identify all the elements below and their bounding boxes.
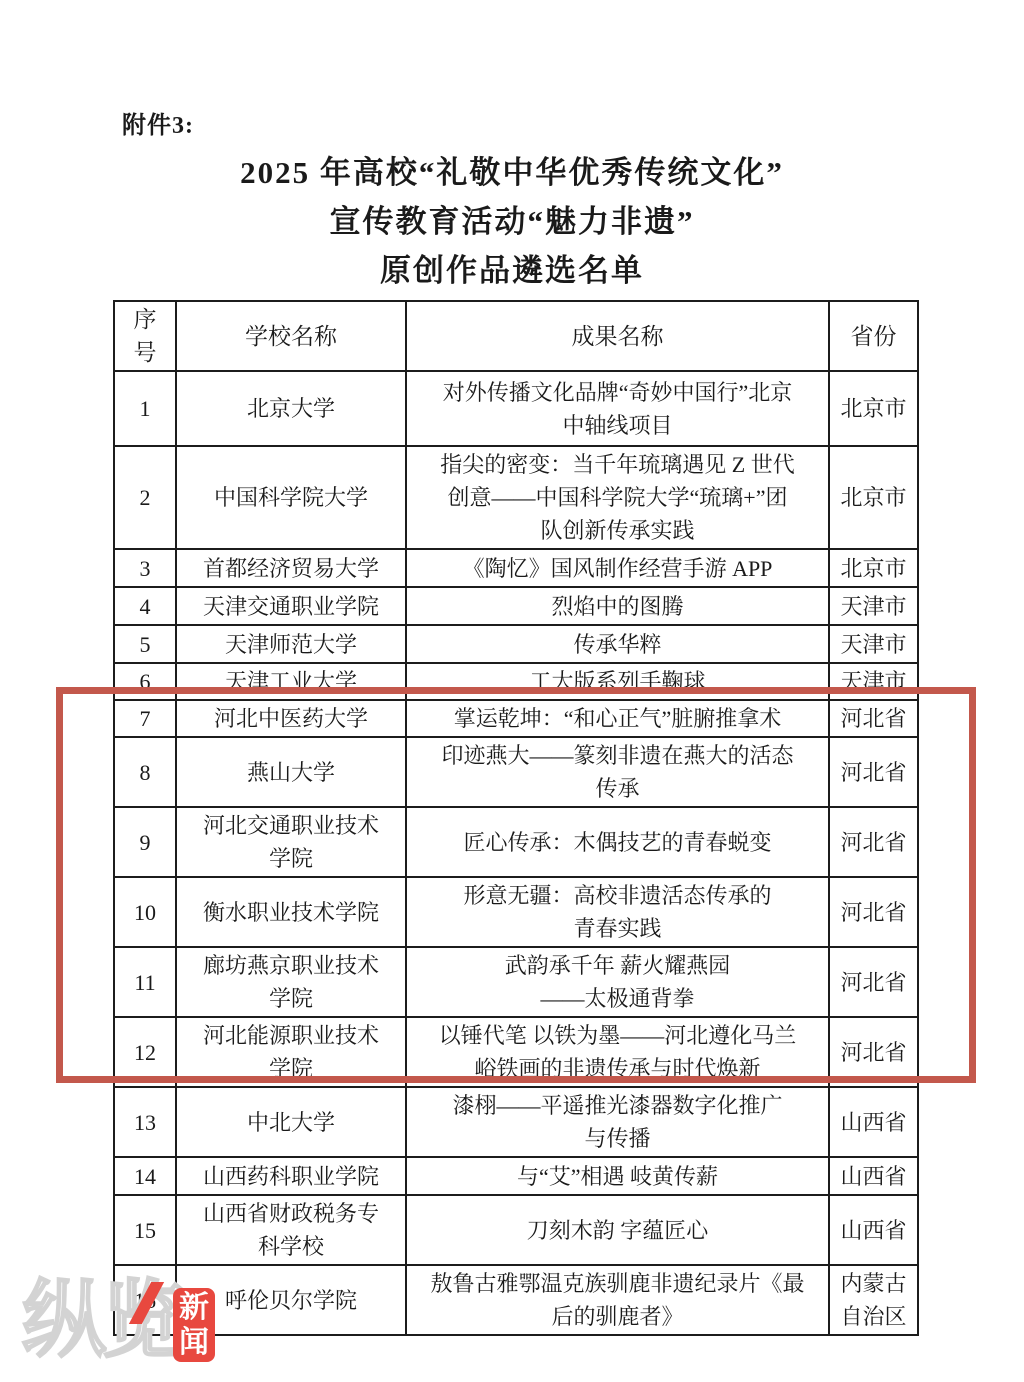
header-index: 序 号	[114, 301, 176, 371]
cell-province: 天津市	[829, 663, 918, 700]
cell-index: 10	[114, 877, 176, 947]
title-line-1: 2025 年高校“礼敬中华优秀传统文化”	[0, 148, 1024, 197]
table-row-highlighted: 10 衡水职业技术学院 形意无疆：高校非遗活态传承的 青春实践 河北省	[114, 877, 918, 947]
cell-index: 15	[114, 1195, 176, 1265]
cell-index: 5	[114, 625, 176, 663]
cell-school: 廊坊燕京职业技术 学院	[176, 947, 406, 1017]
cell-province: 内蒙古 自治区	[829, 1265, 918, 1335]
cell-index: 7	[114, 700, 176, 737]
table-row-highlighted: 7 河北中医药大学 掌运乾坤：“和心正气”脏腑推拿术 河北省	[114, 700, 918, 737]
cell-achievement: 刀刻木韵 字蕴匠心	[406, 1195, 829, 1265]
cell-achievement: 工大版系列手鞠球	[406, 663, 829, 700]
cell-index: 14	[114, 1157, 176, 1195]
title-line-3: 原创作品遴选名单	[0, 246, 1024, 295]
cell-achievement: 烈焰中的图腾	[406, 587, 829, 625]
cell-achievement: 掌运乾坤：“和心正气”脏腑推拿术	[406, 700, 829, 737]
watermark: 纵览 新闻	[22, 1272, 242, 1377]
cell-school: 燕山大学	[176, 737, 406, 807]
table-row: 4 天津交通职业学院 烈焰中的图腾 天津市	[114, 587, 918, 625]
cell-school: 中国科学院大学	[176, 446, 406, 549]
cell-achievement: 印迹燕大——篆刻非遗在燕大的活态 传承	[406, 737, 829, 807]
cell-province: 北京市	[829, 371, 918, 446]
cell-school: 天津交通职业学院	[176, 587, 406, 625]
cell-achievement: 敖鲁古雅鄂温克族驯鹿非遗纪录片《最 后的驯鹿者》	[406, 1265, 829, 1335]
cell-index: 8	[114, 737, 176, 807]
cell-province: 天津市	[829, 587, 918, 625]
table-row: 14 山西药科职业学院 与“艾”相遇 岐黄传薪 山西省	[114, 1157, 918, 1195]
title-line-2: 宣传教育活动“魅力非遗”	[0, 197, 1024, 246]
table-row-highlighted: 11 廊坊燕京职业技术 学院 武韵承千年 薪火耀燕园 ——太极通背拳 河北省	[114, 947, 918, 1017]
cell-province: 北京市	[829, 549, 918, 587]
table-row: 5 天津师范大学 传承华粹 天津市	[114, 625, 918, 663]
cell-school: 中北大学	[176, 1087, 406, 1157]
cell-school: 河北中医药大学	[176, 700, 406, 737]
table-row: 6 天津工业大学 工大版系列手鞠球 天津市	[114, 663, 918, 700]
selection-list-table: 序 号 学校名称 成果名称 省份 1 北京大学 对外传播文化品牌“奇妙中国行”北…	[113, 300, 919, 1336]
cell-school: 天津师范大学	[176, 625, 406, 663]
cell-school: 河北能源职业技术 学院	[176, 1017, 406, 1087]
cell-school: 衡水职业技术学院	[176, 877, 406, 947]
cell-index: 9	[114, 807, 176, 877]
cell-school: 首都经济贸易大学	[176, 549, 406, 587]
cell-province: 山西省	[829, 1087, 918, 1157]
cell-index: 6	[114, 663, 176, 700]
table-row: 15 山西省财政税务专 科学校 刀刻木韵 字蕴匠心 山西省	[114, 1195, 918, 1265]
cell-achievement: 对外传播文化品牌“奇妙中国行”北京 中轴线项目	[406, 371, 829, 446]
cell-province: 天津市	[829, 625, 918, 663]
cell-school: 山西药科职业学院	[176, 1157, 406, 1195]
cell-index: 13	[114, 1087, 176, 1157]
cell-school: 山西省财政税务专 科学校	[176, 1195, 406, 1265]
document-title: 2025 年高校“礼敬中华优秀传统文化” 宣传教育活动“魅力非遗” 原创作品遴选…	[0, 148, 1024, 295]
cell-province: 山西省	[829, 1195, 918, 1265]
table-row-highlighted: 8 燕山大学 印迹燕大——篆刻非遗在燕大的活态 传承 河北省	[114, 737, 918, 807]
cell-index: 3	[114, 549, 176, 587]
cell-index: 2	[114, 446, 176, 549]
cell-school: 北京大学	[176, 371, 406, 446]
table-row-highlighted: 12 河北能源职业技术 学院 以锤代笔 以铁为墨——河北遵化马兰 峪铁画的非遗传…	[114, 1017, 918, 1087]
cell-achievement: 形意无疆：高校非遗活态传承的 青春实践	[406, 877, 829, 947]
cell-province: 河北省	[829, 877, 918, 947]
table-row-highlighted: 9 河北交通职业技术 学院 匠心传承：木偶技艺的青春蜕变 河北省	[114, 807, 918, 877]
table-row: 1 北京大学 对外传播文化品牌“奇妙中国行”北京 中轴线项目 北京市	[114, 371, 918, 446]
cell-achievement: 武韵承千年 薪火耀燕园 ——太极通背拳	[406, 947, 829, 1017]
cell-achievement: 《陶忆》国风制作经营手游 APP	[406, 549, 829, 587]
cell-index: 12	[114, 1017, 176, 1087]
header-province: 省份	[829, 301, 918, 371]
cell-achievement: 匠心传承：木偶技艺的青春蜕变	[406, 807, 829, 877]
cell-province: 北京市	[829, 446, 918, 549]
cell-school: 河北交通职业技术 学院	[176, 807, 406, 877]
cell-province: 河北省	[829, 1017, 918, 1087]
cell-school: 天津工业大学	[176, 663, 406, 700]
cell-achievement: 与“艾”相遇 岐黄传薪	[406, 1157, 829, 1195]
news-badge: 新闻	[173, 1288, 215, 1362]
cell-province: 河北省	[829, 700, 918, 737]
attachment-label: 附件3:	[122, 105, 194, 140]
cell-index: 4	[114, 587, 176, 625]
cell-achievement: 以锤代笔 以铁为墨——河北遵化马兰 峪铁画的非遗传承与时代焕新	[406, 1017, 829, 1087]
header-achievement: 成果名称	[406, 301, 829, 371]
cell-province: 河北省	[829, 947, 918, 1017]
cell-province: 山西省	[829, 1157, 918, 1195]
cell-province: 河北省	[829, 807, 918, 877]
cell-index: 11	[114, 947, 176, 1017]
cell-achievement: 指尖的密变：当千年琉璃遇见 Z 世代 创意——中国科学院大学“琉璃+”团 队创新…	[406, 446, 829, 549]
cell-achievement: 漆栩——平遥推光漆器数字化推广 与传播	[406, 1087, 829, 1157]
header-school: 学校名称	[176, 301, 406, 371]
table-row: 3 首都经济贸易大学 《陶忆》国风制作经营手游 APP 北京市	[114, 549, 918, 587]
cell-achievement: 传承华粹	[406, 625, 829, 663]
cell-index: 1	[114, 371, 176, 446]
table-header-row: 序 号 学校名称 成果名称 省份	[114, 301, 918, 371]
table-row: 13 中北大学 漆栩——平遥推光漆器数字化推广 与传播 山西省	[114, 1087, 918, 1157]
table-row: 2 中国科学院大学 指尖的密变：当千年琉璃遇见 Z 世代 创意——中国科学院大学…	[114, 446, 918, 549]
cell-province: 河北省	[829, 737, 918, 807]
